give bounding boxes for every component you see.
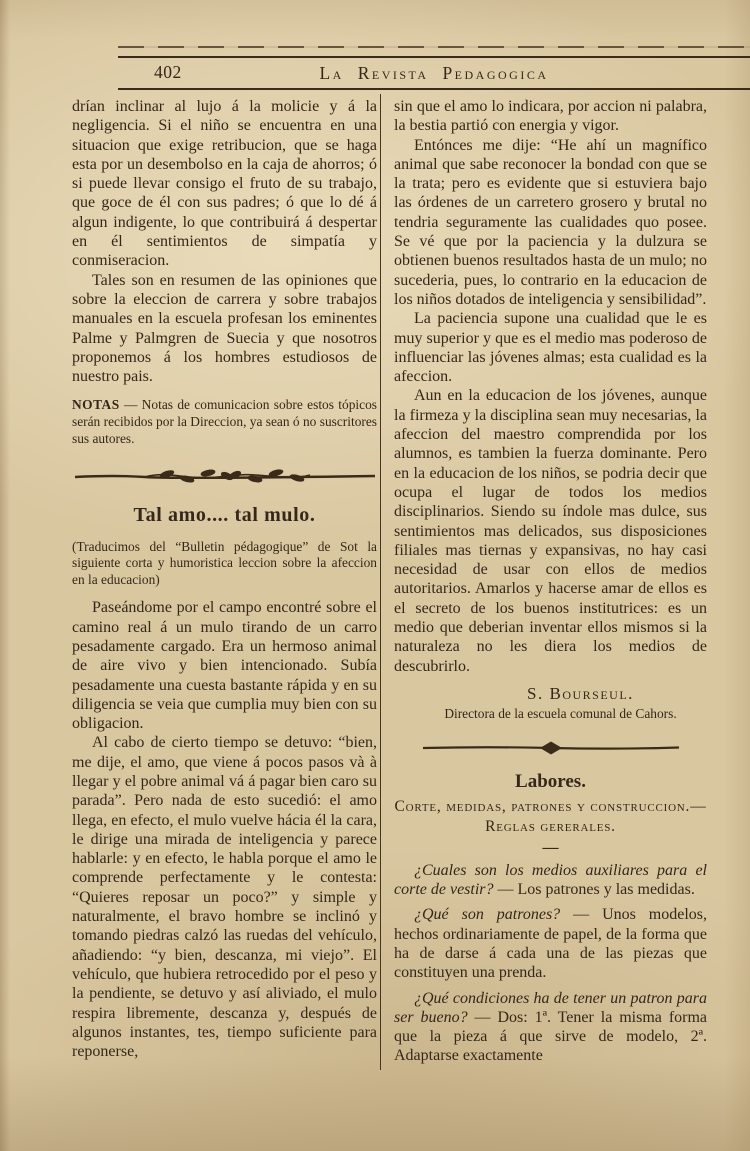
paragraph: sin que el amo lo indicara, por accion n… <box>394 97 707 136</box>
paragraph: Tales son en resumen de las opiniones qu… <box>72 271 377 387</box>
diamond-rule-divider <box>423 740 679 756</box>
paragraph: Paseándome por el campo encontré sobre e… <box>72 598 377 733</box>
left-column: drían inclinar al lujo á la molicie y á … <box>72 97 377 1061</box>
right-column: sin que el amo lo indicara, por accion n… <box>394 97 707 1066</box>
page-header: 402 La Revista Pedagogica <box>118 62 750 86</box>
signature-role: Directora de la escuela comunal de Cahor… <box>394 704 707 723</box>
column-divider-rule <box>380 94 381 1070</box>
editorial-note: NOTAS — Notas de comunicacion sobre esto… <box>72 397 377 447</box>
question-answer: ¿Cuales son los medios auxiliares para e… <box>394 861 707 900</box>
section-title: Labores. <box>394 772 707 791</box>
header-bottom-rule <box>118 88 750 90</box>
article-intro-note: (Traducimos del “Bulletin pédagogique” d… <box>72 539 377 589</box>
section-dash: — <box>394 841 707 855</box>
section-subtitle: Corte, medidas, patrones y construc­cion… <box>394 797 707 837</box>
article-title: Tal amo.... tal mulo. <box>72 506 377 525</box>
paragraph: Entónces me dije: “He ahí un magnífico a… <box>394 136 707 310</box>
vine-flourish-divider <box>75 464 375 488</box>
signature-name: S. Bourseul. <box>394 684 707 703</box>
question-text: ¿Qué son patrones? <box>414 906 560 923</box>
journal-title: La Revista Pedagogica <box>118 63 750 84</box>
top-rough-rule <box>118 46 750 48</box>
question-answer: ¿Qué son patrones? — Unos modelos, hecho… <box>394 905 707 982</box>
answer-text: — Los patrones y las medidas. <box>498 881 695 898</box>
question-answer: ¿Qué condiciones ha de tener un patron p… <box>394 989 707 1066</box>
paragraph: drían inclinar al lujo á la molicie y á … <box>72 97 377 271</box>
top-main-rule <box>118 56 750 58</box>
scanned-magazine-page: 402 La Revista Pedagogica drían inclinar… <box>0 0 750 1151</box>
paragraph: Aun en la educacion de los jóvenes, aunq… <box>394 386 707 675</box>
paragraph: La paciencia supone una cualidad que le … <box>394 309 707 386</box>
paragraph: Al cabo de cierto tiempo se detuvo: “bie… <box>72 733 377 1061</box>
notas-label: NOTAS <box>72 397 120 412</box>
